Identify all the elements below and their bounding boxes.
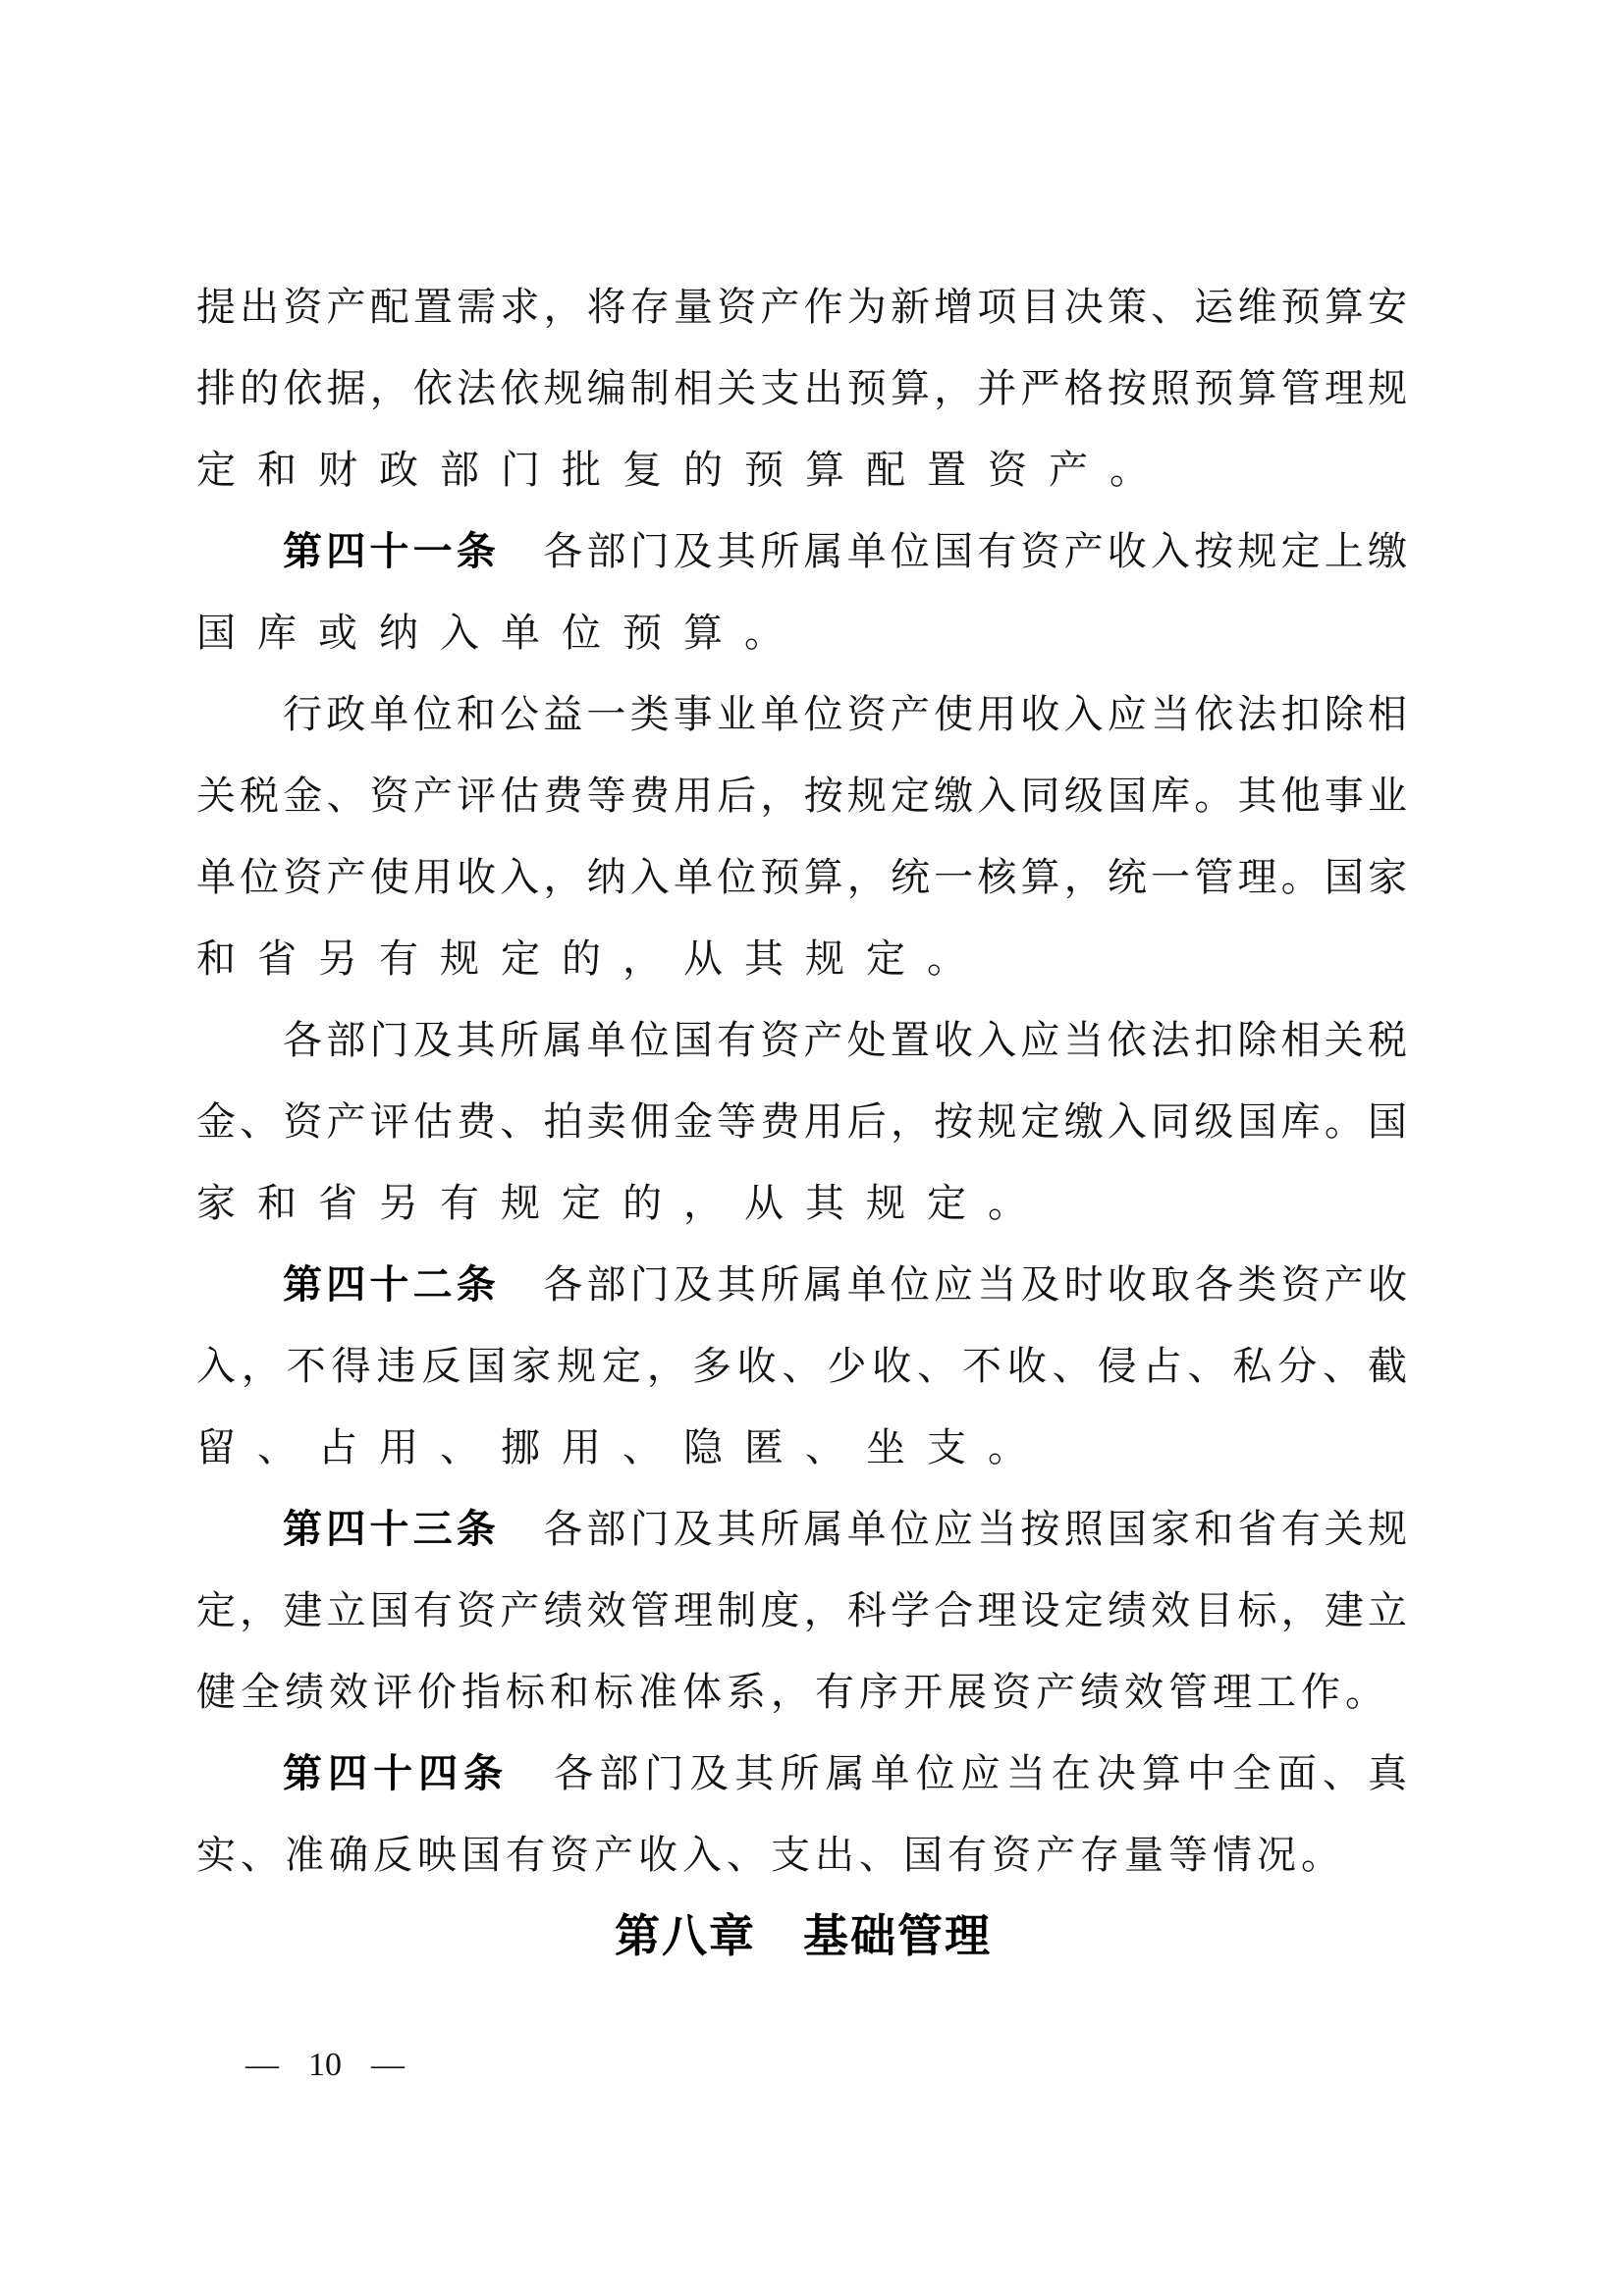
body-line: 第四十二条 各部门及其所属单位应当及时收取各类资产收 (196, 1244, 1410, 1325)
body-line: 各部门及其所属单位国有资产处置收入应当依法扣除相关税 (196, 999, 1410, 1081)
page-number-right-dash: — (371, 2034, 405, 2097)
document-page: 提出资产配置需求，将存量资产作为新增项目决策、运维预算安排的依据，依法依规编制相… (0, 0, 1624, 2296)
page-number-value: 10 (308, 2034, 342, 2097)
body-line: 家和省另有规定的，从其规定。 (196, 1162, 1410, 1244)
body-line: 健全绩效评价指标和标准体系，有序开展资产绩效管理工作。 (196, 1651, 1410, 1733)
article-number: 第四十二条 (283, 1263, 500, 1307)
body-line: 定，建立国有资产绩效管理制度，科学合理设定绩效目标，建立 (196, 1570, 1410, 1651)
body-line: 关税金、资产评估费等费用后，按规定缴入同级国库。其他事业 (196, 755, 1410, 836)
body-line: 实、准确反映国有资产收入、支出、国有资产存量等情况。 (196, 1814, 1410, 1896)
body-line: 第四十四条 各部门及其所属单位应当在决算中全面、真 (196, 1733, 1410, 1814)
body-line: 排的依据，依法依规编制相关支出预算，并严格按照预算管理规 (196, 347, 1410, 429)
body-line: 第四十一条 各部门及其所属单位国有资产收入按规定上缴 (196, 510, 1410, 592)
chapter-heading: 第八章 基础管理 (196, 1896, 1410, 1977)
body-line: 提出资产配置需求，将存量资产作为新增项目决策、运维预算安 (196, 266, 1410, 347)
body-line: 行政单位和公益一类事业单位资产使用收入应当依法扣除相 (196, 673, 1410, 755)
article-number: 第四十四条 (283, 1752, 509, 1795)
body-line: 国库或纳入单位预算。 (196, 592, 1410, 673)
page-number-left-dash: — (245, 2034, 279, 2097)
article-number: 第四十一条 (283, 530, 500, 573)
body-line: 金、资产评估费、拍卖佣金等费用后，按规定缴入同级国库。国 (196, 1081, 1410, 1162)
body-line: 单位资产使用收入，纳入单位预算，统一核算，统一管理。国家 (196, 836, 1410, 918)
article-number: 第四十三条 (283, 1508, 500, 1551)
body-line: 定和财政部门批复的预算配置资产。 (196, 429, 1410, 510)
body-line: 留、占用、挪用、隐匿、坐支。 (196, 1407, 1410, 1488)
body-line: 入，不得违反国家规定，多收、少收、不收、侵占、私分、截 (196, 1325, 1410, 1407)
body-text: 提出资产配置需求，将存量资产作为新增项目决策、运维预算安排的依据，依法依规编制相… (196, 266, 1410, 1977)
page-number: — 10 — (245, 2034, 405, 2097)
body-line: 和省另有规定的，从其规定。 (196, 918, 1410, 999)
body-line: 第四十三条 各部门及其所属单位应当按照国家和省有关规 (196, 1488, 1410, 1570)
